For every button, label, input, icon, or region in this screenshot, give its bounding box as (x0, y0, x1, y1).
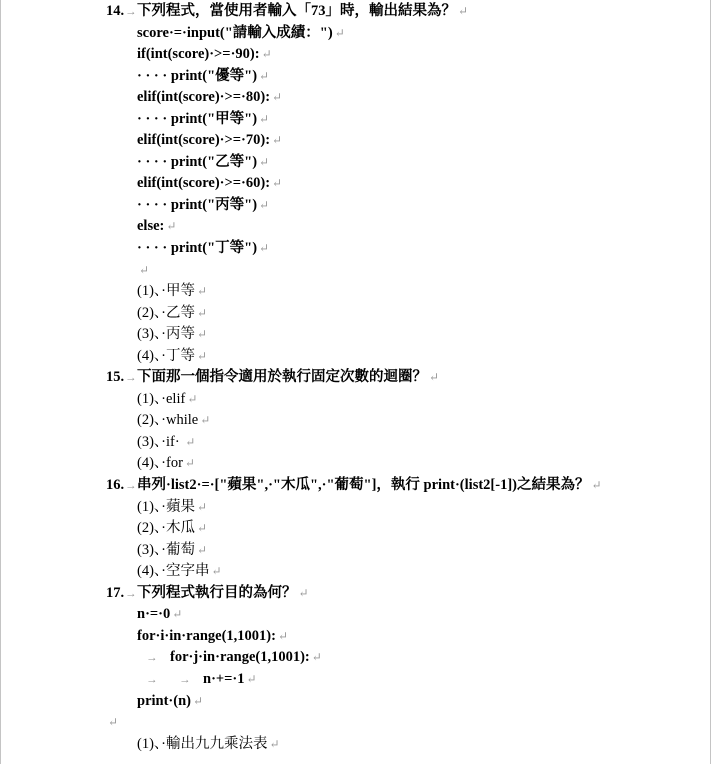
blank-line: ↵ (1, 712, 710, 734)
option-line: (3)、·if· ↵ (1, 432, 710, 454)
option-text: (2)、·while (137, 412, 198, 428)
option-line: (4)、·for↵ (1, 453, 710, 475)
option-text: (4)、·for (137, 455, 183, 471)
tab-mark-icon: → (125, 476, 137, 498)
code-line: · · · · print("丙等")↵ (1, 195, 710, 217)
paragraph-return-icon: ↵ (458, 4, 468, 18)
code-text: · · · · print("丁等") (137, 240, 257, 256)
option-line: (3)、·葡萄↵ (1, 540, 710, 562)
code-text: · · · · print("甲等") (137, 111, 257, 127)
paragraph-return-icon: ↵ (591, 478, 601, 492)
tab-mark-icon: → (137, 648, 170, 670)
paragraph-return-icon: ↵ (272, 133, 282, 147)
blank-line: ↵ (1, 260, 710, 282)
code-text: for·j·in·range(1,1001): (170, 649, 310, 665)
code-line: →→n·+=·1↵ (1, 669, 710, 691)
code-text: · · · · print("乙等") (137, 154, 257, 170)
document-page: 14.→下列程式，當使用者輸入「73」時，輸出結果為？↵score·=·inpu… (0, 0, 711, 764)
option-text: (4)、·空字串 (137, 563, 210, 579)
question-text: 串列·list2·=·["蘋果",·"木瓜",·"葡萄"]，執行 print·(… (137, 477, 589, 493)
option-line: (2)、·while↵ (1, 410, 710, 432)
option-line: (1)、·elif↵ (1, 389, 710, 411)
option-text: (3)、·葡萄 (137, 542, 195, 558)
paragraph-return-icon: ↵ (197, 500, 207, 514)
code-text: if(int(score)·>=·90): (137, 46, 260, 62)
question-number: 17. (106, 583, 125, 605)
code-line: · · · · print("甲等")↵ (1, 109, 710, 131)
code-text: elif(int(score)·>=·80): (137, 89, 270, 105)
code-line: print·(n)↵ (1, 691, 710, 713)
code-line: · · · · print("乙等")↵ (1, 152, 710, 174)
paragraph-return-icon: ↵ (185, 456, 195, 470)
paragraph-return-icon: ↵ (212, 564, 222, 578)
paragraph-return-icon: ↵ (259, 198, 269, 212)
paragraph-return-icon: ↵ (259, 155, 269, 169)
paragraph-return-icon: ↵ (259, 69, 269, 83)
tab-mark-icon: → (125, 2, 137, 24)
option-text: (1)、·輸出九九乘法表 (137, 736, 268, 752)
paragraph-return-icon: ↵ (299, 586, 309, 600)
code-text: elif(int(score)·>=·70): (137, 132, 270, 148)
code-line: · · · · print("優等")↵ (1, 66, 710, 88)
option-line: (4)、·丁等↵ (1, 346, 710, 368)
code-text: print·(n) (137, 693, 191, 709)
paragraph-return-icon: ↵ (108, 715, 118, 729)
paragraph-return-icon: ↵ (312, 650, 322, 664)
code-text: n·+=·1 (203, 671, 245, 687)
question-text: 下列程式執行目的為何？ (137, 585, 297, 601)
option-text: (1)、·elif (137, 391, 185, 407)
question-line: 15.→下面那一個指令適用於執行固定次數的迴圈？↵ (1, 367, 710, 389)
option-line: (2)、·乙等↵ (1, 303, 710, 325)
paragraph-return-icon: ↵ (185, 435, 195, 449)
option-line: (1)、·甲等↵ (1, 281, 710, 303)
paragraph-return-icon: ↵ (139, 263, 149, 277)
code-line: · · · · print("丁等")↵ (1, 238, 710, 260)
code-text: · · · · print("丙等") (137, 197, 257, 213)
code-text: · · · · print("優等") (137, 68, 257, 84)
code-line: n·=·0↵ (1, 604, 710, 626)
paragraph-return-icon: ↵ (429, 370, 439, 384)
code-line: score·=·input("請輸入成績：")↵ (1, 23, 710, 45)
paragraph-return-icon: ↵ (197, 349, 207, 363)
question-number: 15. (106, 367, 125, 389)
option-text: (1)、·甲等 (137, 283, 195, 299)
paragraph-return-icon: ↵ (197, 543, 207, 557)
paragraph-return-icon: ↵ (193, 694, 203, 708)
code-line: elif(int(score)·>=·60):↵ (1, 173, 710, 195)
option-text: (4)、·丁等 (137, 348, 195, 364)
code-text: n·=·0 (137, 606, 170, 622)
code-text: score·=·input("請輸入成績：") (137, 25, 333, 41)
question-line: 14.→下列程式，當使用者輸入「73」時，輸出結果為？↵ (1, 1, 710, 23)
question-number: 14. (106, 1, 125, 23)
option-text: (1)、·蘋果 (137, 499, 195, 515)
option-line: (3)、·丙等↵ (1, 324, 710, 346)
option-line: (1)、·輸出九九乘法表↵ (1, 734, 710, 756)
option-text: (2)、·乙等 (137, 305, 195, 321)
document-lines: 14.→下列程式，當使用者輸入「73」時，輸出結果為？↵score·=·inpu… (1, 1, 710, 755)
paragraph-return-icon: ↵ (270, 737, 280, 751)
code-line: for·i·in·range(1,1001):↵ (1, 626, 710, 648)
paragraph-return-icon: ↵ (259, 241, 269, 255)
paragraph-return-icon: ↵ (272, 90, 282, 104)
paragraph-return-icon: ↵ (259, 112, 269, 126)
paragraph-return-icon: ↵ (335, 26, 345, 40)
question-line: 16.→串列·list2·=·["蘋果",·"木瓜",·"葡萄"]，執行 pri… (1, 475, 710, 497)
code-line: →for·j·in·range(1,1001):↵ (1, 647, 710, 669)
paragraph-return-icon: ↵ (197, 284, 207, 298)
option-line: (4)、·空字串↵ (1, 561, 710, 583)
option-line: (1)、·蘋果↵ (1, 497, 710, 519)
paragraph-return-icon: ↵ (200, 413, 210, 427)
code-text: else: (137, 218, 164, 234)
option-text: (3)、·丙等 (137, 326, 195, 342)
paragraph-return-icon: ↵ (197, 327, 207, 341)
code-line: if(int(score)·>=·90):↵ (1, 44, 710, 66)
paragraph-return-icon: ↵ (247, 672, 257, 686)
tab-mark-icon: → (125, 584, 137, 606)
paragraph-return-icon: ↵ (262, 47, 272, 61)
option-text: (2)、·木瓜 (137, 520, 195, 536)
paragraph-return-icon: ↵ (197, 306, 207, 320)
question-line: 17.→下列程式執行目的為何？↵ (1, 583, 710, 605)
paragraph-return-icon: ↵ (278, 629, 288, 643)
tab-mark-icon: → (137, 670, 170, 692)
tab-mark-icon: → (125, 368, 137, 390)
tab-mark-icon: → (170, 670, 203, 692)
paragraph-return-icon: ↵ (187, 392, 197, 406)
code-line: elif(int(score)·>=·80):↵ (1, 87, 710, 109)
code-line: else:↵ (1, 216, 710, 238)
option-line: (2)、·木瓜↵ (1, 518, 710, 540)
code-text: elif(int(score)·>=·60): (137, 175, 270, 191)
question-number: 16. (106, 475, 125, 497)
option-text: (3)、·if· (137, 434, 183, 450)
paragraph-return-icon: ↵ (172, 607, 182, 621)
paragraph-return-icon: ↵ (166, 219, 176, 233)
code-line: elif(int(score)·>=·70):↵ (1, 130, 710, 152)
code-text: for·i·in·range(1,1001): (137, 628, 276, 644)
question-text: 下列程式，當使用者輸入「73」時，輸出結果為？ (137, 3, 456, 19)
paragraph-return-icon: ↵ (272, 176, 282, 190)
question-text: 下面那一個指令適用於執行固定次數的迴圈？ (137, 369, 427, 385)
paragraph-return-icon: ↵ (197, 521, 207, 535)
